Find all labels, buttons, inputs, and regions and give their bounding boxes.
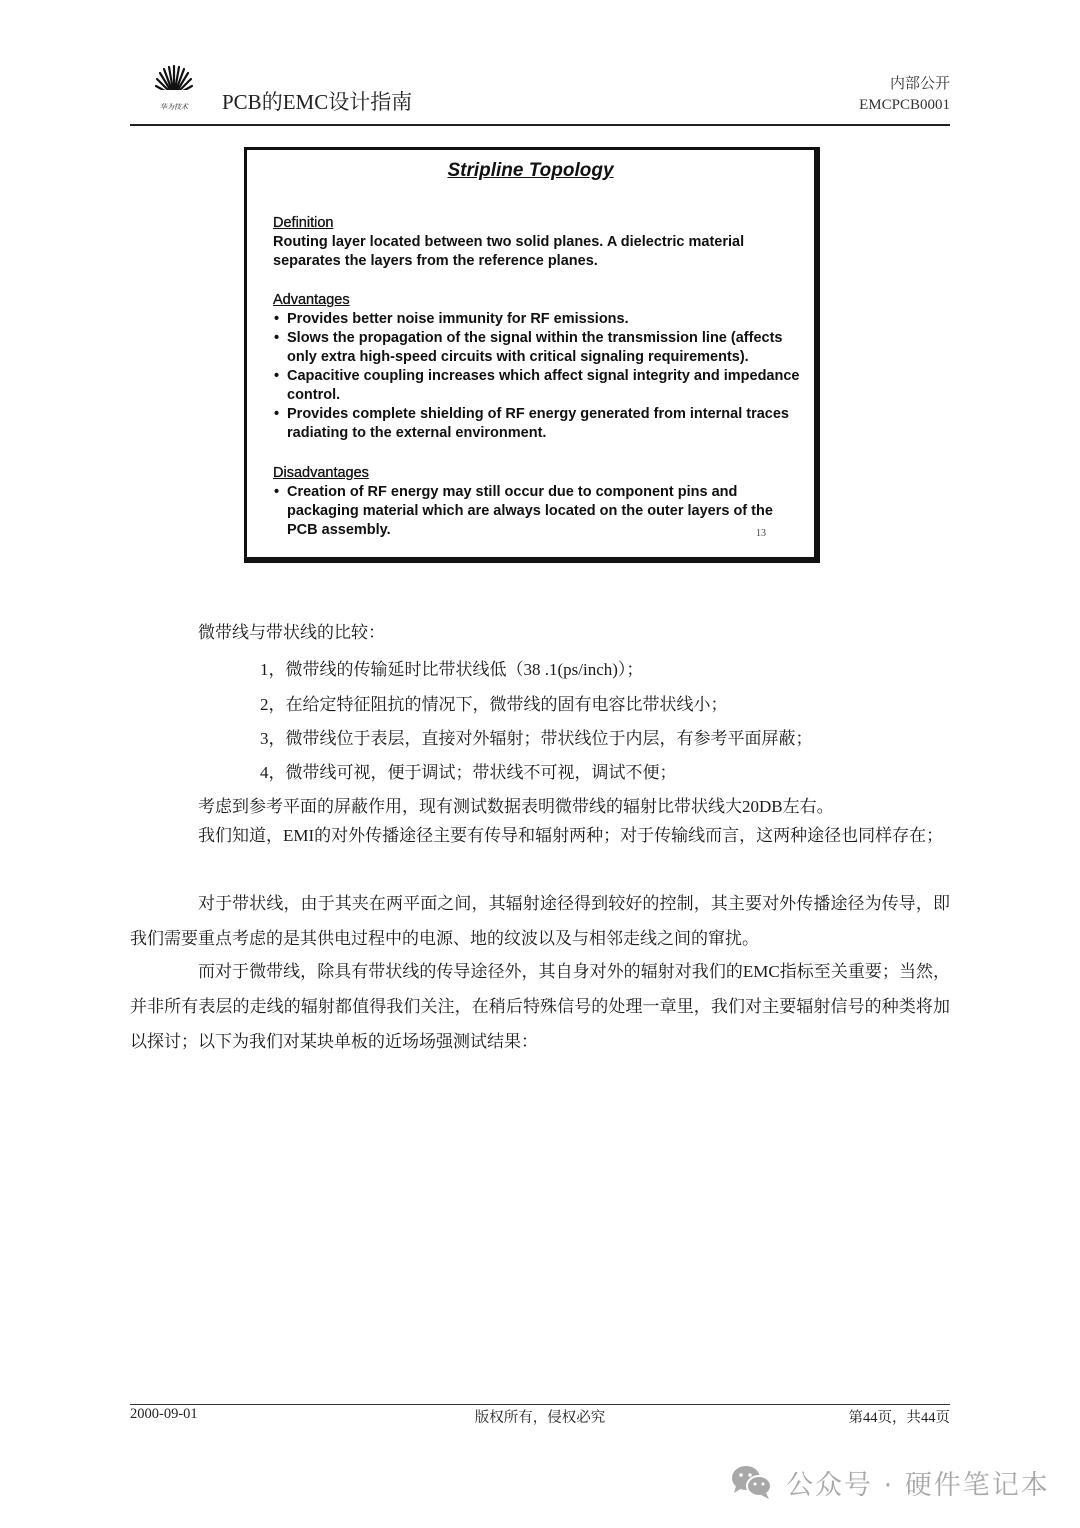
body-paragraph: 我们知道，EMI的对外传播途径主要有传导和辐射两种；对于传输线而言，这两种途径也… <box>130 818 950 853</box>
company-logo: 华为技术 <box>154 62 194 114</box>
comparison-item: 2，在给定特征阻抗的情况下，微带线的固有电容比带状线小； <box>260 690 728 715</box>
body-paragraph: 考虑到参考平面的屏蔽作用，现有测试数据表明微带线的辐射比带状线大20DB左右。 <box>198 792 834 817</box>
definition-text: Routing layer located between two solid … <box>273 233 806 271</box>
slide-page-number: 13 <box>756 528 766 539</box>
comparison-item: 1，微带线的传输延时比带状线低（38 .1(ps/inch)）； <box>260 655 643 680</box>
slide-title: Stripline Topology <box>247 160 814 182</box>
disadvantages-list: Creation of RF energy may still occur du… <box>273 483 806 540</box>
footer-copyright: 版权所有，侵权必究 <box>130 1406 950 1427</box>
document-id: EMCPCB0001 <box>859 95 950 116</box>
page-header: 华为技术 PCB的EMC设计指南 内部公开 EMCPCB0001 <box>130 60 950 126</box>
wechat-watermark: 公众号 · 硬件笔记本 <box>730 1462 1050 1502</box>
slide-figure: Stripline Topology Definition Routing la… <box>244 147 820 563</box>
comparison-item: 4，微带线可视，便于调试；带状线不可视，调试不便； <box>260 758 677 783</box>
body-paragraph: 而对于微带线，除具有带状线的传导途径外，其自身对外的辐射对我们的EMC指标至关重… <box>130 954 950 1059</box>
disadvantages-section: Disadvantages Creation of RF energy may … <box>273 464 806 540</box>
comparison-item: 3，微带线位于表层，直接对外辐射；带状线位于内层，有参考平面屏蔽； <box>260 724 813 749</box>
document-title: PCB的EMC设计指南 <box>222 86 412 116</box>
advantages-heading: Advantages <box>273 291 806 310</box>
watermark-text: 公众号 · 硬件笔记本 <box>786 1463 1050 1502</box>
advantages-list: Provides better noise immunity for RF em… <box>273 310 806 443</box>
advantage-item: Provides complete shielding of RF energy… <box>273 405 806 443</box>
advantage-item: Slows the propagation of the signal with… <box>273 329 806 367</box>
advantage-item: Provides better noise immunity for RF em… <box>273 310 806 329</box>
classification-label: 内部公开 <box>859 74 950 95</box>
header-meta: 内部公开 EMCPCB0001 <box>859 74 950 116</box>
footer-divider <box>130 1404 950 1405</box>
advantage-item: Capacitive coupling increases which affe… <box>273 367 806 405</box>
svg-text:华为技术: 华为技术 <box>160 103 189 111</box>
disadvantages-heading: Disadvantages <box>273 464 806 483</box>
footer-page-info: 第44页，共44页 <box>849 1406 951 1427</box>
header-divider <box>130 124 950 126</box>
wechat-icon <box>730 1464 774 1500</box>
definition-section: Definition Routing layer located between… <box>273 214 806 271</box>
definition-heading: Definition <box>273 214 806 233</box>
shell-logo-icon: 华为技术 <box>154 62 194 114</box>
body-paragraph: 对于带状线，由于其夹在两平面之间，其辐射途径得到较好的控制，其主要对外传播途径为… <box>130 886 950 956</box>
advantages-section: Advantages Provides better noise immunit… <box>273 291 806 443</box>
comparison-heading: 微带线与带状线的比较： <box>198 618 385 643</box>
disadvantage-item: Creation of RF energy may still occur du… <box>273 483 806 540</box>
